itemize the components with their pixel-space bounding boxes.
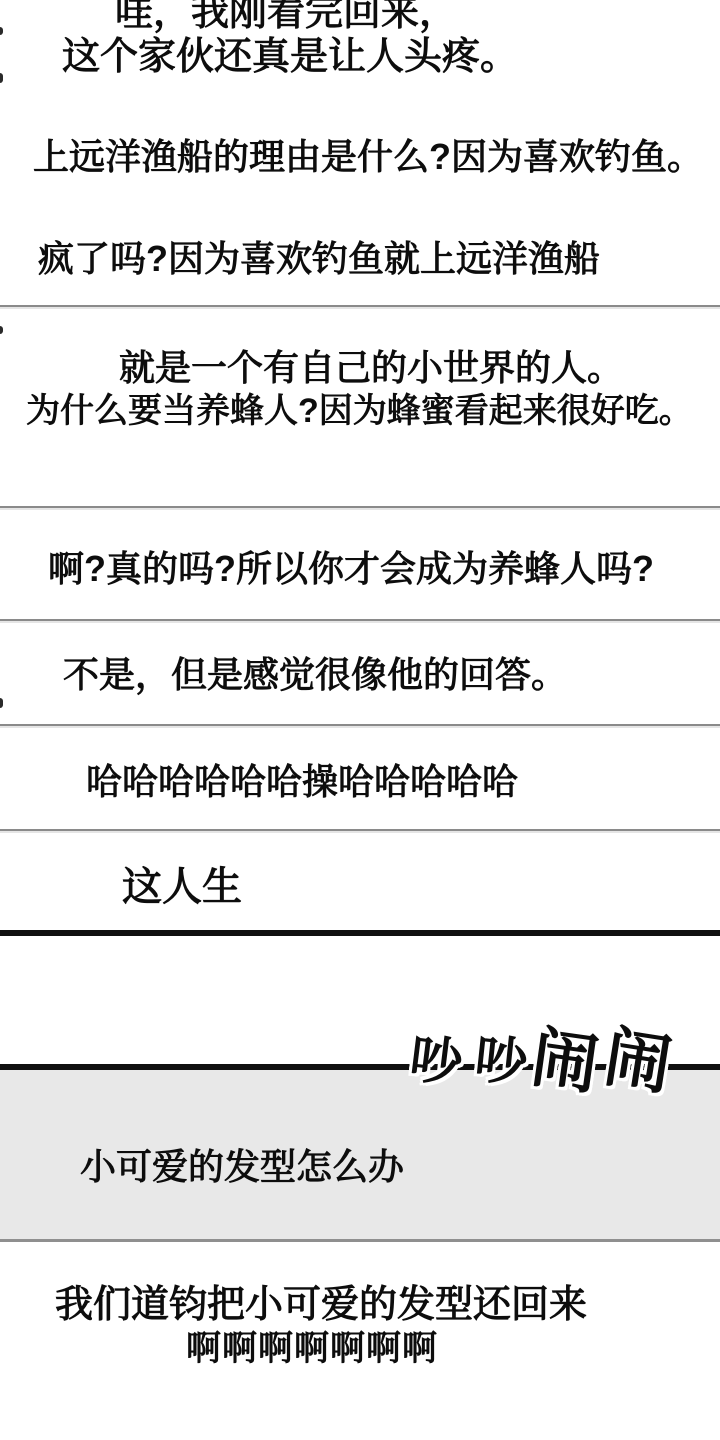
dialogue-line: 哇，我刚看完回来，: [115, 0, 457, 33]
page-edge-mark: [0, 73, 3, 83]
dialogue-line: 就是一个有自己的小世界的人。: [119, 349, 623, 387]
panel-divider: [0, 619, 720, 621]
sfx-char: 闹: [600, 1023, 676, 1099]
dialogue-line: 上远洋渔船的理由是什么?因为喜欢钓鱼。: [33, 138, 703, 176]
dialogue-line: 这人生: [122, 866, 242, 908]
page-edge-mark: [0, 326, 3, 334]
webtoon-page: 哇，我刚看完回来， 这个家伙还真是让人头疼。 上远洋渔船的理由是什么?因为喜欢钓…: [0, 0, 720, 1440]
section-border-top: [0, 930, 720, 936]
panel-divider: [0, 724, 720, 726]
dialogue-line: 哈哈哈哈哈哈操哈哈哈哈哈: [86, 763, 518, 801]
page-edge-mark: [0, 27, 3, 35]
dialogue-line: 为什么要当养蜂人?因为蜂蜜看起来很好吃。: [26, 393, 693, 429]
dialogue-line: 我们道钧把小可爱的发型还回来: [55, 1285, 587, 1325]
page-edge-mark: [0, 698, 3, 708]
panel-divider: [0, 305, 720, 307]
sfx-char: 吵: [407, 1033, 465, 1091]
dialogue-line: 啊?真的吗?所以你才会成为养蜂人吗?: [48, 550, 654, 588]
sfx-title: 吵 吵 闹 闹: [410, 1022, 671, 1094]
dialogue-line: 啊啊啊啊啊啊啊: [186, 1330, 438, 1367]
panel-divider: [0, 829, 720, 831]
dialogue-line: 这个家伙还真是让人头疼。: [62, 37, 518, 77]
dialogue-line: 不是，但是感觉很像他的回答。: [63, 656, 567, 694]
dialogue-line: 小可爱的发型怎么办: [80, 1148, 404, 1186]
panel-divider: [0, 506, 720, 508]
sfx-char: 闹: [528, 1024, 603, 1099]
sfx-char: 吵: [472, 1033, 529, 1090]
dialogue-line: 疯了吗?因为喜欢钓鱼就上远洋渔船: [38, 240, 600, 278]
